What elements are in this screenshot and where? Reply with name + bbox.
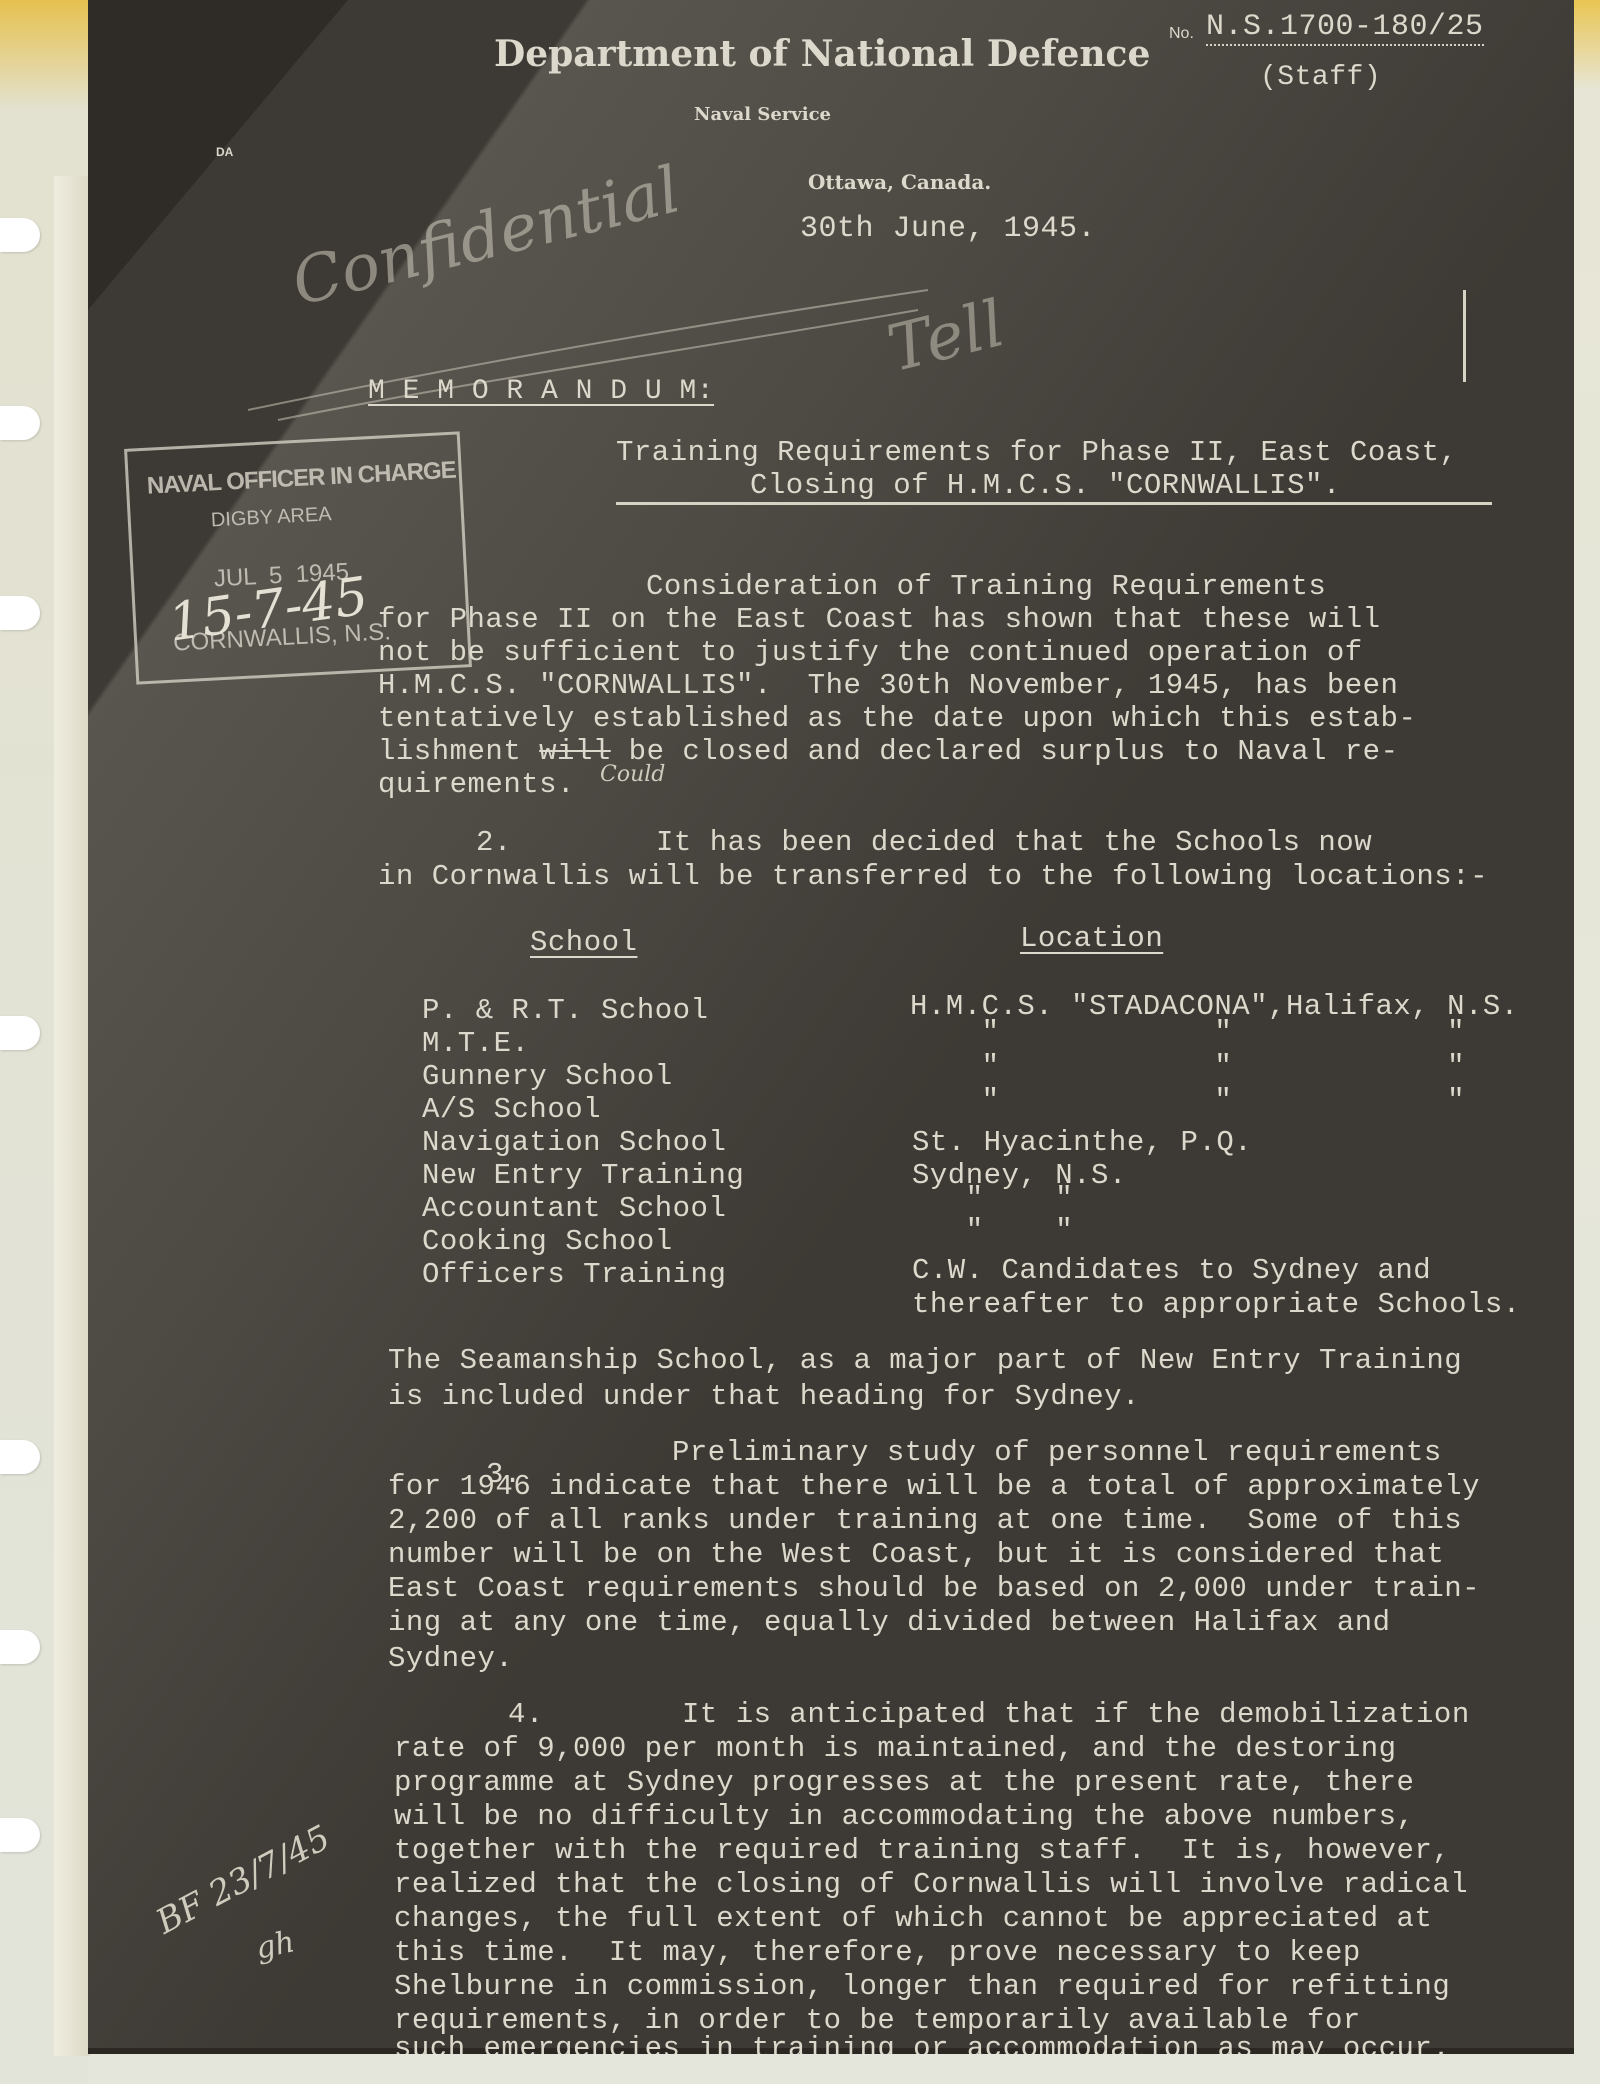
p4-line: this time. It may, therefore, prove nece…	[394, 1938, 1361, 1967]
p1-line: quirements.	[378, 770, 575, 799]
table-header-location: Location	[1020, 924, 1163, 953]
p1-line: for Phase II on the East Coast has shown…	[378, 605, 1381, 634]
table-row-school: Accountant School	[422, 1194, 726, 1223]
p4-line: Shelburne in commission, longer than req…	[394, 1972, 1450, 2001]
note-line: is included under that heading for Sydne…	[388, 1382, 1140, 1411]
memorandum-title: M E M O R A N D U M:	[368, 378, 714, 406]
p3-line: Preliminary study of personnel requireme…	[672, 1438, 1442, 1467]
table-row-school: P. & R.T. School	[422, 996, 708, 1025]
table-row-location: C.W. Candidates to Sydney and	[912, 1256, 1431, 1285]
binder-hole	[0, 1016, 40, 1050]
binder-hole	[0, 406, 40, 440]
subject-line-2: Closing of H.M.C.S. "CORNWALLIS".	[750, 471, 1341, 500]
file-number-label: No.	[1169, 26, 1194, 42]
handwritten-initials-bottom: gh	[253, 1924, 298, 1966]
service-heading: Naval Service	[694, 106, 831, 124]
place-heading: Ottawa, Canada.	[808, 172, 991, 192]
p1-line: lishment will be closed and declared sur…	[378, 737, 1399, 766]
table-row-location: " " "	[910, 1086, 1465, 1115]
binder-hole	[0, 596, 40, 630]
p1-line: not be sufficient to justify the continu…	[378, 638, 1363, 667]
binder-hole	[0, 1630, 40, 1664]
p3-line: for 1946 indicate that there will be a t…	[388, 1472, 1480, 1501]
subject-underline	[616, 502, 1492, 505]
p4-line: programme at Sydney progresses at the pr…	[394, 1768, 1414, 1797]
p4-line: such emergencies in training or accommod…	[394, 2034, 1450, 2054]
table-row-location: " " "	[910, 1052, 1465, 1081]
p4-line: will be no difficulty in accommodating t…	[394, 1802, 1414, 1831]
file-subtitle: (Staff)	[1260, 64, 1381, 92]
table-row-location: thereafter to appropriate Schools.	[912, 1290, 1521, 1319]
page-backing	[54, 176, 90, 2056]
p1-line: H.M.C.S. "CORNWALLIS". The 30th November…	[378, 671, 1398, 700]
p1-segment: lishment	[378, 735, 539, 768]
p4-line: together with the required training staf…	[394, 1836, 1450, 1865]
p2-number: 2.	[476, 828, 512, 857]
binder-hole	[0, 1440, 40, 1474]
department-heading: Department of National Defence	[494, 36, 1150, 72]
table-row-school: M.T.E.	[422, 1029, 529, 1058]
p3-line: East Coast requirements should be based …	[388, 1574, 1480, 1603]
p3-line: Sydney.	[388, 1644, 513, 1673]
table-header-school: School	[530, 928, 637, 957]
p2-line: It has been decided that the Schools now	[656, 828, 1372, 857]
table-row-location: St. Hyacinthe, P.Q.	[912, 1128, 1252, 1157]
p4-line: changes, the full extent of which cannot…	[394, 1904, 1432, 1933]
table-row-school: Officers Training	[422, 1260, 726, 1289]
binder-hole	[0, 218, 40, 252]
note-line: The Seamanship School, as a major part o…	[388, 1346, 1462, 1375]
p4-line: realized that the closing of Cornwallis …	[394, 1870, 1468, 1899]
table-row-school: Navigation School	[422, 1128, 726, 1157]
p4-line: It is anticipated that if the demobiliza…	[682, 1700, 1470, 1729]
p4-line: requirements, in order to be temporarily…	[394, 2006, 1361, 2035]
p1-line: Consideration of Training Requirements	[646, 572, 1326, 601]
table-row-location: " " "	[910, 1018, 1465, 1047]
document-page: DA Department of National Defence Naval …	[88, 0, 1574, 2054]
file-number: N.S.1700-180/25	[1206, 12, 1484, 46]
p3-line: ing at any one time, equally divided bet…	[388, 1608, 1391, 1637]
p1-segment: be closed and declared surplus to Naval …	[611, 735, 1399, 768]
p3-line: number will be on the West Coast, but it…	[388, 1540, 1444, 1569]
stamp-line-2: DIGBY AREA	[210, 503, 332, 532]
p3-line: 2,200 of all ranks under training at one…	[388, 1506, 1462, 1535]
table-row-location: " "	[912, 1216, 1073, 1245]
margin-mark	[1463, 290, 1466, 382]
memo-date: 30th June, 1945.	[800, 214, 1096, 244]
p2-line: in Cornwallis will be transferred to the…	[378, 862, 1488, 891]
p4-line: rate of 9,000 per month is maintained, a…	[394, 1734, 1397, 1763]
handwritten-could: Could	[600, 762, 665, 787]
edge-fragment: DA	[216, 146, 233, 158]
table-row-school: Gunnery School	[422, 1062, 673, 1091]
table-row-school: A/S School	[422, 1095, 601, 1124]
p4-number: 4.	[508, 1700, 544, 1729]
handwritten-file-note: BF 23/7/45	[150, 1818, 337, 1943]
p1-line: tentatively established as the date upon…	[378, 704, 1416, 733]
stamp-line-1: NAVAL OFFICER IN CHARGE	[146, 457, 456, 501]
binder-hole	[0, 1818, 40, 1852]
table-row-location: " "	[912, 1184, 1073, 1213]
subject-line-1: Training Requirements for Phase II, East…	[616, 438, 1457, 467]
table-row-school: Cooking School	[422, 1227, 673, 1256]
table-row-school: New Entry Training	[422, 1161, 744, 1190]
